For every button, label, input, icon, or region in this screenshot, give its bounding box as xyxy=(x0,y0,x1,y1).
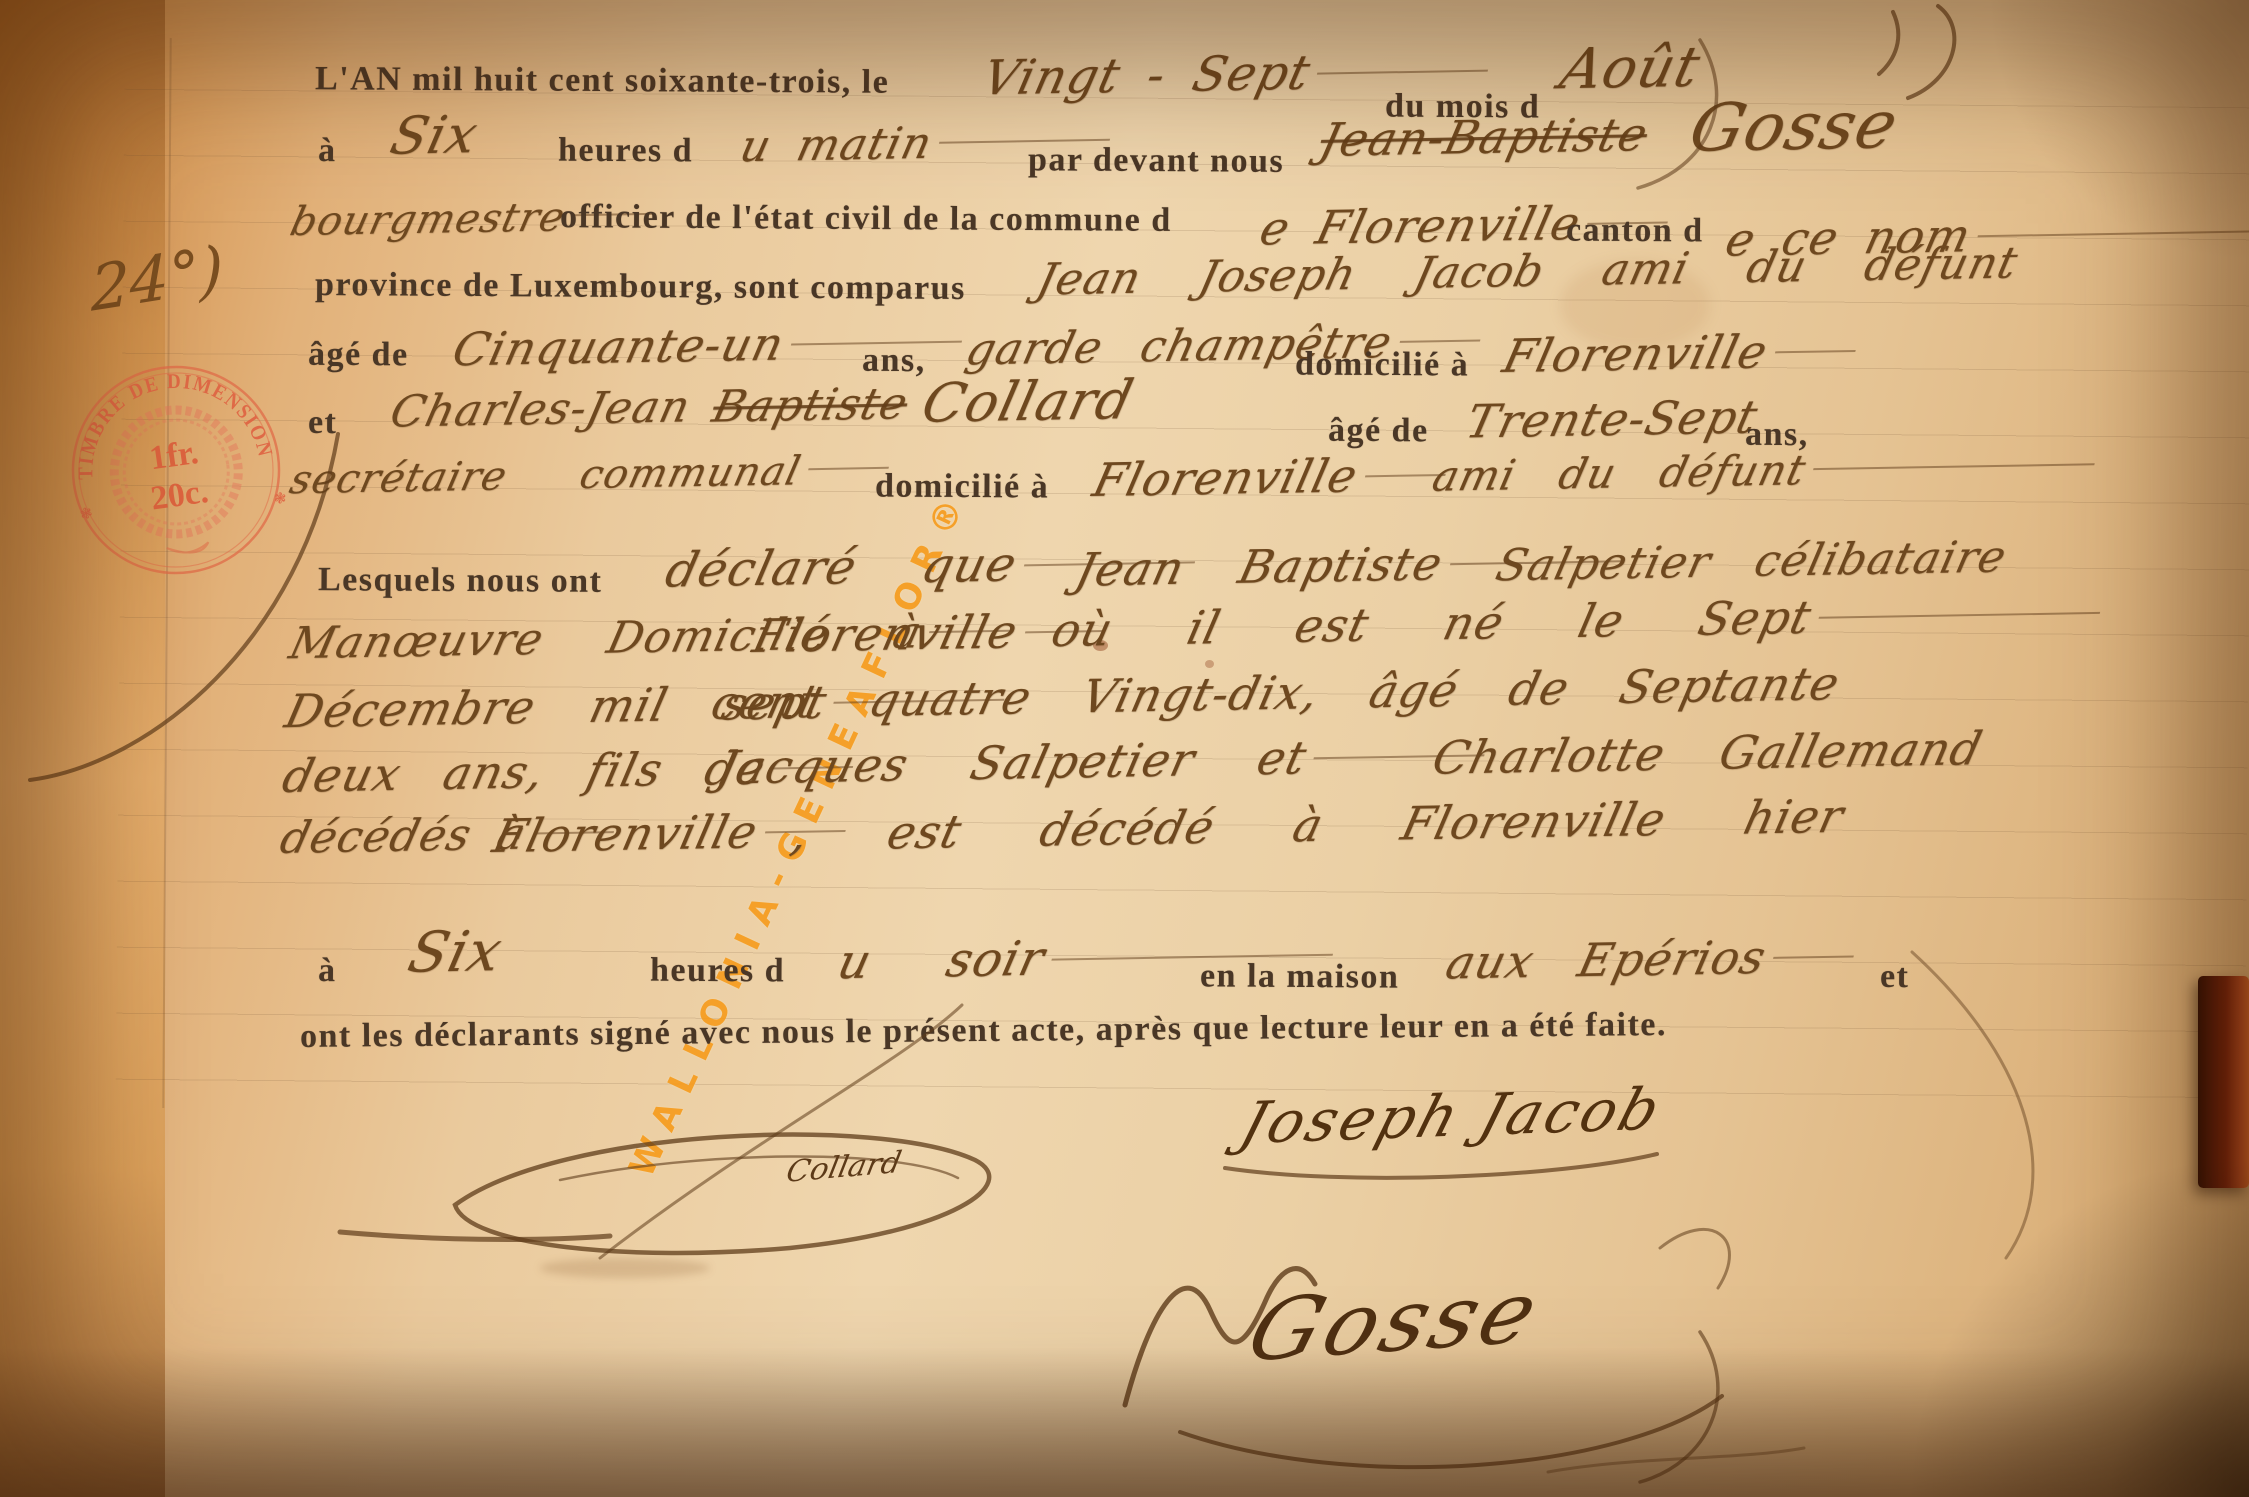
gosse-upper-loop xyxy=(1660,1229,1729,1288)
ink-smudge xyxy=(540,1258,710,1278)
long-pen-stroke-right xyxy=(1912,952,2033,1258)
printed-aged-label-2: âgé de xyxy=(1328,412,1429,451)
entry-death-phrase: , est décédé à Florenville hier xyxy=(787,789,1850,861)
entry-age2: Trente-Sept xyxy=(1461,389,1763,448)
paper-glare xyxy=(0,0,165,1497)
printed-house-label: en la maison xyxy=(1200,957,1400,996)
entry-officer-firstname: Jean-Baptiste xyxy=(1315,107,1653,167)
ink-flourish-top-right xyxy=(1879,12,1898,74)
entry-hour: Six xyxy=(385,105,484,166)
bottom-shadow xyxy=(0,1347,2249,1497)
printed-aged-label-1: âgé de xyxy=(308,336,409,375)
entry-deceased-surname-status: Salpetier célibataire xyxy=(1491,532,2012,592)
entry-month: Août xyxy=(1554,35,1706,102)
printed-province-label: province de Luxembourg, sont comparus xyxy=(315,266,966,308)
entry-domicile2: Florenville xyxy=(1088,447,1452,507)
printed-domiciled-label-2: domicilié à xyxy=(875,467,1049,506)
printed-hours-label: heures d xyxy=(558,132,693,171)
printed-domiciled-label-1: domicilié à xyxy=(1295,345,1469,384)
entry-death-hour: Six xyxy=(402,919,508,986)
collard-paraph-ellipse xyxy=(455,1135,989,1253)
printed-and-label: et xyxy=(308,404,338,442)
photo-edge-object xyxy=(2198,976,2249,1188)
printed-declared-label: Lesquels nous ont xyxy=(318,561,603,601)
entry-officer-surname: Gosse xyxy=(1683,86,1906,167)
entry-born-phrase: où il est né le Sept xyxy=(1047,585,2107,657)
ink-flourish-top-right xyxy=(1908,6,1954,98)
death-record-photo: WALLONIA-GENEAFLOR® 24°) TIMBRE DE DIMEN… xyxy=(0,0,2249,1497)
jacob-underline-flourish xyxy=(1225,1154,1657,1178)
stamp-ornament-left: ❃ xyxy=(78,506,96,522)
revenue-stamp: TIMBRE DE DIMENSION ❃ ❃ 1fr. 20c. xyxy=(44,335,307,605)
entry-declarant2-middle: Baptiste xyxy=(708,378,913,432)
collard-paraph-tail xyxy=(340,1232,610,1239)
stamp-value-francs: 1fr. xyxy=(147,434,200,477)
signature-declarant2: Collard xyxy=(783,1145,904,1190)
entry-declarant2-first: Charles-Jean xyxy=(385,381,695,437)
printed-before-us-label: par devant nous xyxy=(1028,141,1284,181)
entry-profession2: secrétaire communal xyxy=(285,447,893,503)
printed-at-label-2: à xyxy=(318,952,337,990)
entry-death-place: aux Epérios xyxy=(1441,928,1860,989)
printed-at-label: à xyxy=(318,132,337,170)
printed-year-label: L'AN mil huit cent soixante-trois, le xyxy=(315,60,890,102)
printed-years-label-1: ans, xyxy=(862,342,926,380)
entry-declarant1: Jean Joseph Jacob ami du défunt xyxy=(1032,237,2023,305)
entry-domicile1: Florenville xyxy=(1498,323,1862,383)
signature-declarant1: Joseph Jacob xyxy=(1233,1075,1671,1157)
printed-civil-officer-label: officier de l'état civil de la commune d xyxy=(560,198,1172,240)
stamp-value-centimes: 20c. xyxy=(148,473,210,518)
printed-closing-sentence: ont les déclarants signé avec nous le pr… xyxy=(300,1006,1667,1056)
entry-mother-name: Charlotte Gallemand xyxy=(1428,721,1988,785)
printed-and-label-2: et xyxy=(1880,958,1910,996)
entry-relation2: ami du défunt xyxy=(1428,440,2100,500)
printed-hours-label-2: heures d xyxy=(650,952,785,991)
entry-declarant2-surname: Collard xyxy=(916,368,1139,435)
